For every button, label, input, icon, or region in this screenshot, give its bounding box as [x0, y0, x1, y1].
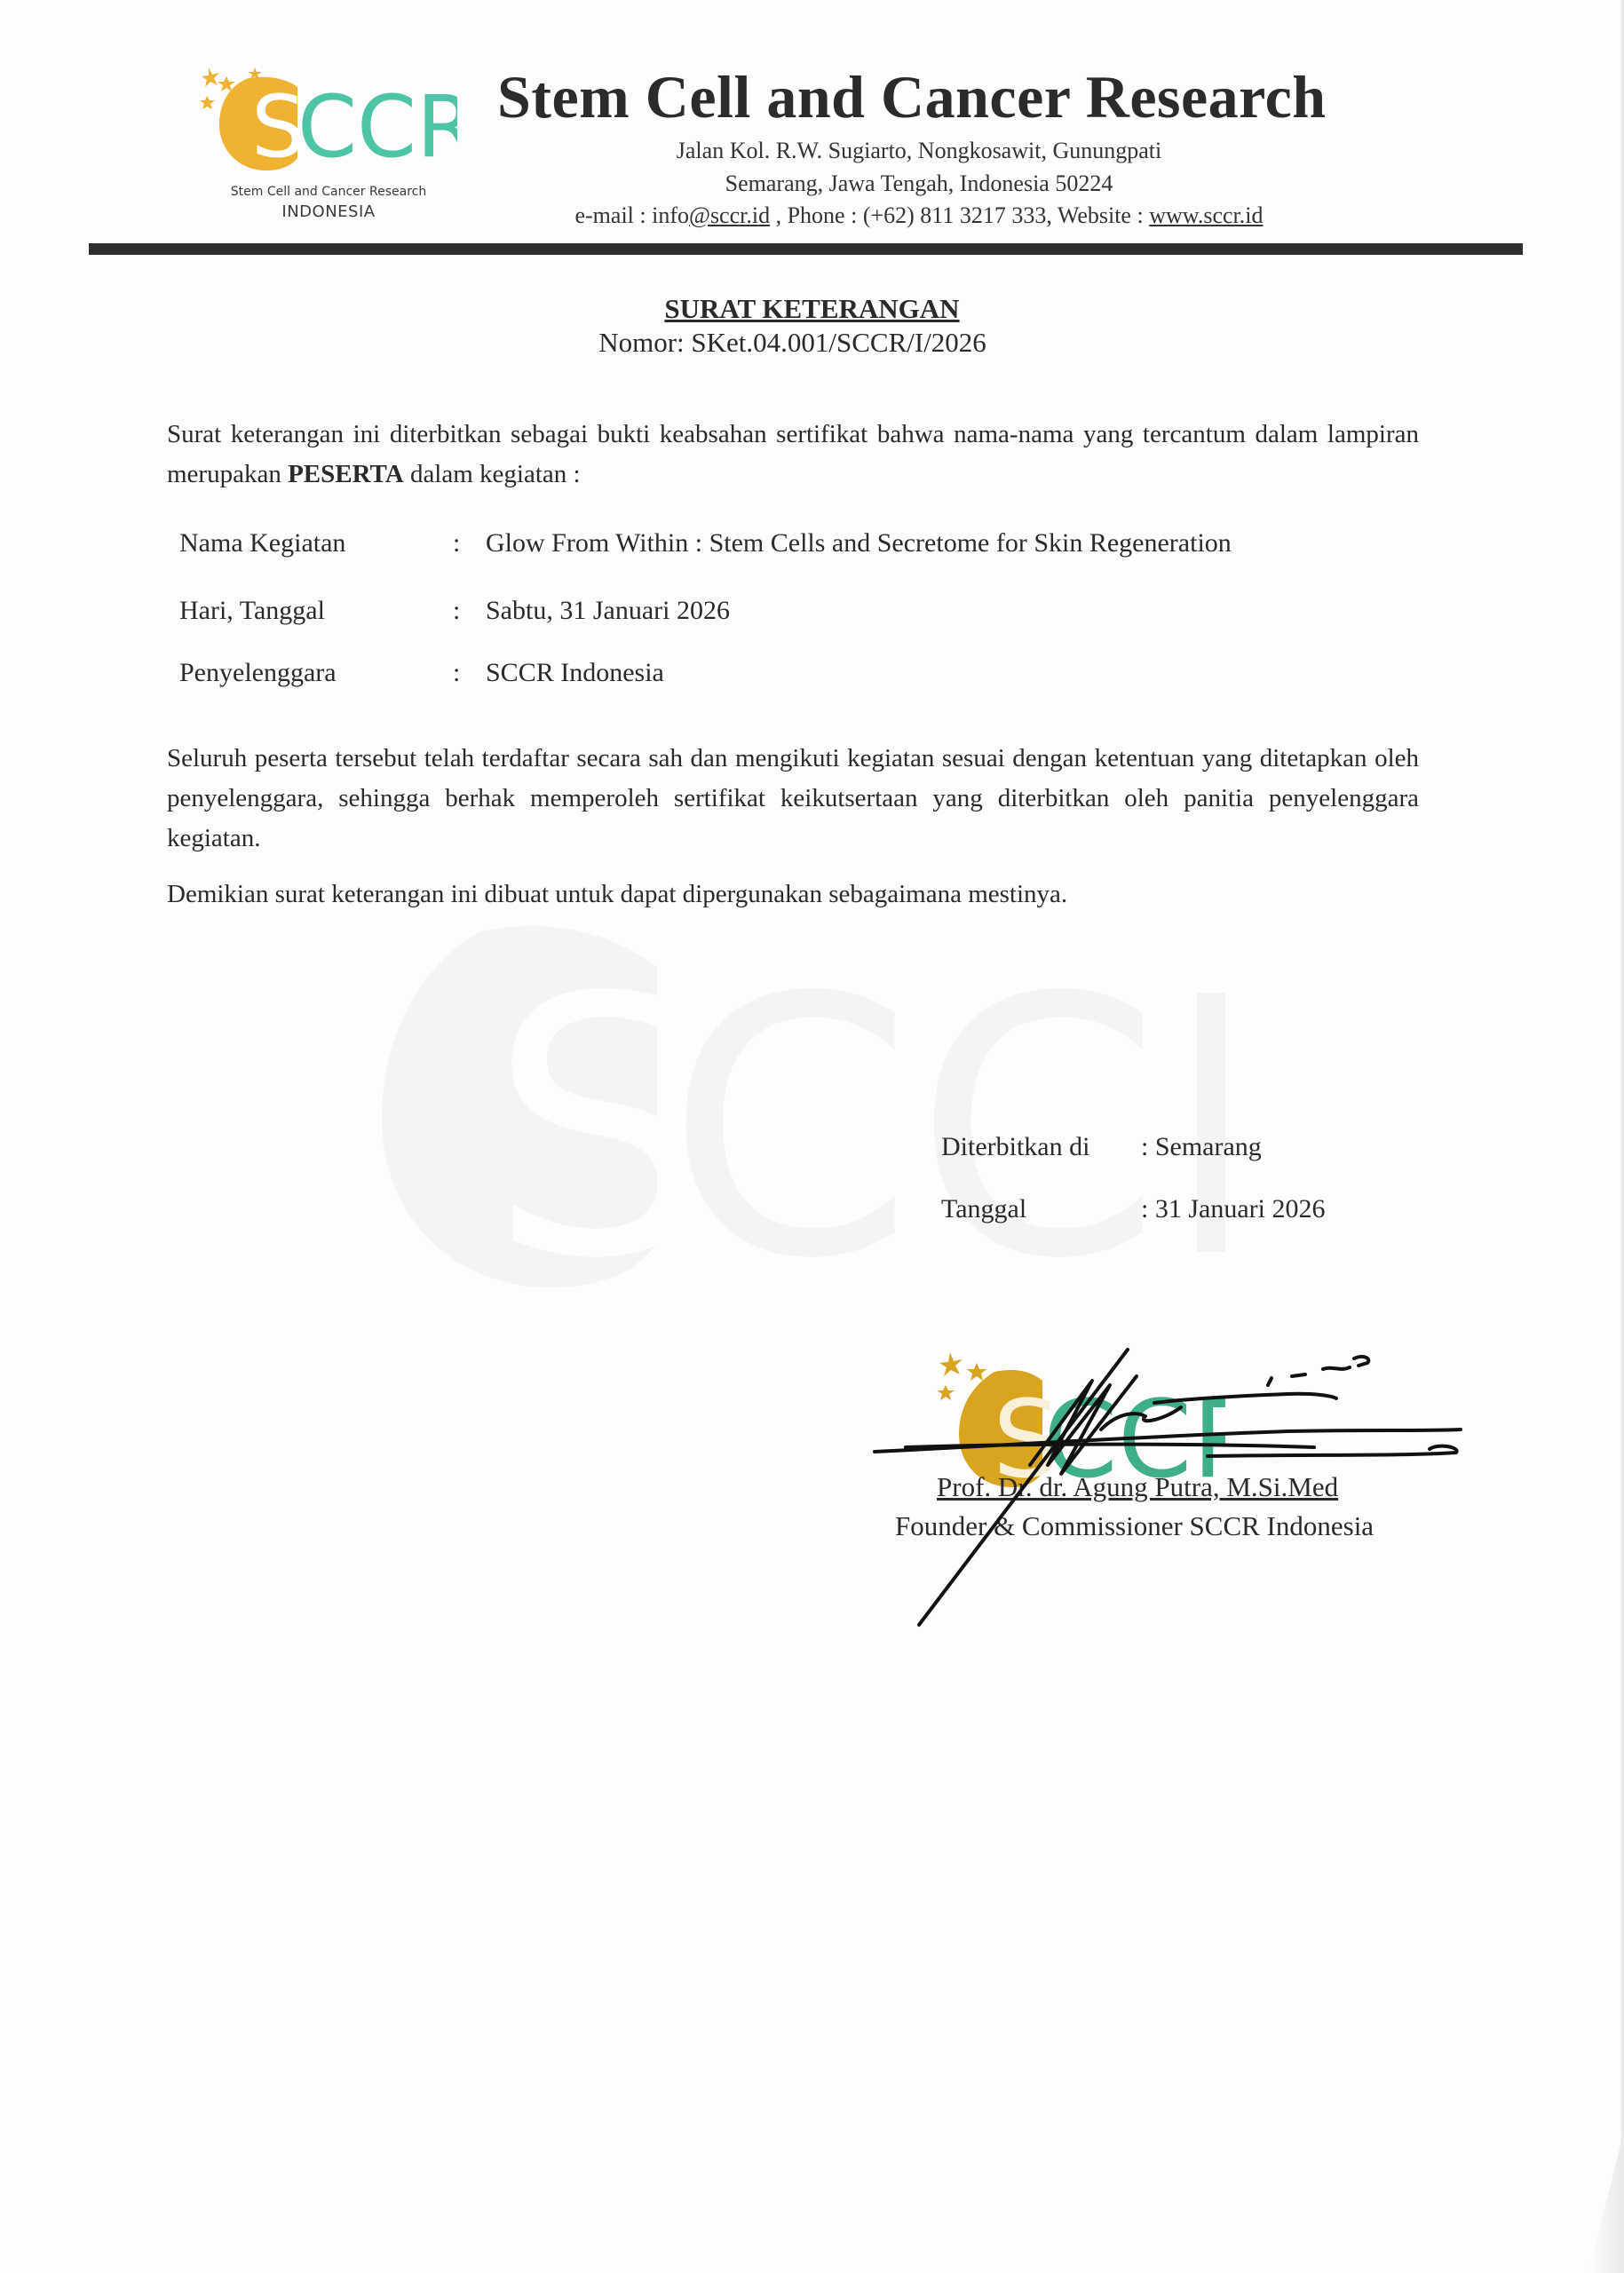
- detail-colon: :: [453, 596, 460, 626]
- contact-line: e-mail : info@sccr.id , Phone : (+62) 81…: [497, 202, 1341, 229]
- document-title-text: SURAT KETERANGAN: [664, 293, 959, 324]
- sccr-logo-icon: S CCR: [200, 62, 457, 186]
- logo-subtitle: Stem Cell and Cancer Research: [200, 185, 457, 199]
- issue-place-label: Diterbitkan di: [941, 1132, 1089, 1162]
- page-corner: [1588, 2131, 1624, 2273]
- organization-name: Stem Cell and Cancer Research: [497, 62, 1385, 132]
- address-line-2: Semarang, Jawa Tengah, Indonesia 50224: [497, 170, 1341, 197]
- svg-text:CCR: CCR: [297, 77, 457, 177]
- issue-place-value: : Semarang: [1141, 1132, 1262, 1162]
- intro-text-end: dalam kegiatan :: [404, 460, 581, 488]
- address-line-1: Jalan Kol. R.W. Sugiarto, Nongkosawit, G…: [497, 138, 1341, 164]
- sccr-logo: S CCR Stem Cell and Cancer Research INDO…: [200, 62, 448, 231]
- letter-page: S CCR Stem Cell and Cancer Research INDO…: [0, 0, 1624, 2273]
- intro-paragraph: Surat keterangan ini diterbitkan sebagai…: [167, 415, 1419, 495]
- website-link[interactable]: www.sccr.id: [1149, 202, 1263, 228]
- detail-colon: :: [453, 528, 460, 558]
- header-divider: [89, 243, 1523, 255]
- detail-value: Sabtu, 31 Januari 2026: [486, 596, 730, 626]
- detail-label: Penyelenggara: [179, 658, 446, 688]
- issue-date-value: : 31 Januari 2026: [1141, 1194, 1325, 1224]
- document-title: SURAT KETERANGAN: [0, 293, 1624, 325]
- intro-bold: PESERTA: [288, 460, 404, 488]
- detail-value: SCCR Indonesia: [486, 658, 664, 688]
- detail-value: Glow From Within : Stem Cells and Secret…: [486, 528, 1232, 558]
- handwritten-signature-icon: [870, 1332, 1492, 1634]
- participants-paragraph: Seluruh peserta tersebut telah terdaftar…: [167, 739, 1419, 859]
- document-number: Nomor: SKet.04.001/SCCR/I/2026: [0, 327, 1585, 359]
- svg-text:CCR: CCR: [666, 923, 1225, 1305]
- sccr-watermark-icon: S CCR: [373, 915, 1225, 1305]
- closing-paragraph: Demikian surat keterangan ini dibuat unt…: [167, 875, 1419, 915]
- detail-colon: :: [453, 658, 460, 688]
- detail-label: Nama Kegiatan: [179, 528, 446, 558]
- phone-text: , Phone : (+62) 811 3217 333, Website :: [770, 202, 1149, 228]
- issue-date-label: Tanggal: [941, 1194, 1026, 1224]
- logo-country: INDONESIA: [200, 202, 457, 221]
- email-link[interactable]: @sccr.id: [689, 202, 770, 228]
- page-edge: [1620, 0, 1624, 2273]
- detail-label: Hari, Tanggal: [179, 596, 446, 626]
- email-label: e-mail : info: [574, 202, 689, 228]
